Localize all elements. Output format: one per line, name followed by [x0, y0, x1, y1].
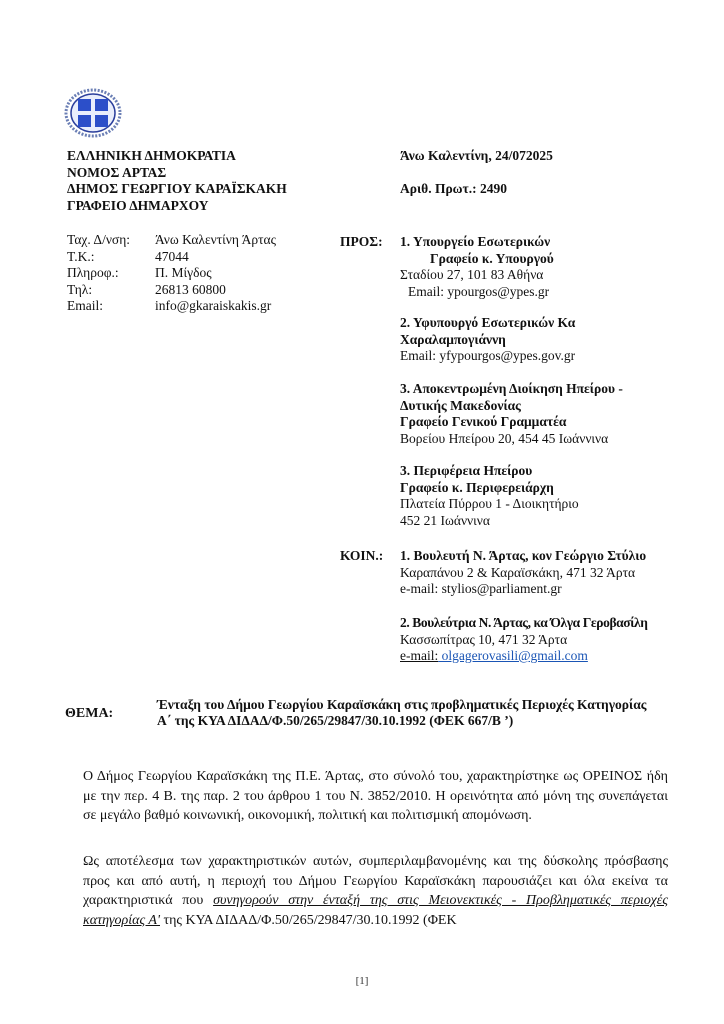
recipient-email: e-mail: olgagerovasili@gmail.com — [400, 648, 648, 665]
recipient-name: 3. Περιφέρεια Ηπείρου — [400, 463, 579, 480]
subject-label: ΘΕΜΑ: — [65, 706, 113, 722]
contact-label: Τηλ: — [67, 282, 155, 299]
to-label: ΠΡΟΣ: — [340, 234, 383, 250]
recipient-email: Email: ypourgos@ypes.gr — [400, 284, 554, 301]
recipient-1: 1. Υπουργείο Εσωτερικών Γραφείο κ. Υπουρ… — [400, 234, 554, 300]
recipient-address: Βορείου Ηπείρου 20, 454 45 Ιωάννινα — [400, 431, 623, 448]
subject-text: Ένταξη του Δήμου Γεωργίου Καραϊσκάκη στι… — [157, 697, 677, 729]
body-paragraph-2: Ως αποτέλεσμα των χαρακτηριστικών αυτών,… — [83, 852, 668, 930]
letterhead-line: ΔΗΜΟΣ ΓΕΩΡΓΙΟΥ ΚΑΡΑΪΣΚΑΚΗ — [67, 181, 287, 198]
recipient-name: 1. Υπουργείο Εσωτερικών — [400, 234, 554, 251]
greek-coat-of-arms-icon — [64, 88, 122, 138]
recipient-name: Δυτικής Μακεδονίας — [400, 398, 623, 415]
contact-info: Ταχ. Δ/νση:Άνω Καλεντίνη Άρτας Τ.Κ.:4704… — [67, 232, 276, 315]
recipient-address: Καραπάνου 2 & Καραϊσκάκη, 471 32 Άρτα — [400, 565, 646, 582]
recipient-address: Κασσωπίτρας 10, 471 32 Άρτα — [400, 632, 648, 649]
cc-label: ΚΟΙΝ.: — [340, 548, 383, 564]
protocol-number: Αριθ. Πρωτ.: 2490 — [400, 181, 553, 197]
recipient-name: 2. Υφυπουργό Εσωτερικών Κα — [400, 315, 575, 332]
email-link[interactable]: olgagerovasili@gmail.com — [438, 648, 588, 663]
recipient-address: 452 21 Ιωάννινα — [400, 513, 579, 530]
recipient-name: 3. Αποκεντρωμένη Διοίκηση Ηπείρου - — [400, 381, 623, 398]
contact-value: Π. Μίγδος — [155, 265, 212, 282]
letterhead-line: ΕΛΛΗΝΙΚΗ ΔΗΜΟΚΡΑΤΙΑ — [67, 148, 287, 165]
document-meta: Άνω Καλεντίνη, 24/072025 Αριθ. Πρωτ.: 24… — [400, 148, 553, 197]
subject-line: Α΄ της ΚΥΑ ΔΙΔΑΔ/Φ.50/265/29847/30.10.19… — [157, 713, 677, 729]
contact-label: Email: — [67, 298, 155, 315]
page-number: [1] — [0, 975, 724, 987]
letterhead-line: ΝΟΜΟΣ ΑΡΤΑΣ — [67, 165, 287, 182]
recipient-2: 2. Υφυπουργό Εσωτερικών Κα Χαραλαμπογιάν… — [400, 315, 575, 365]
contact-label: Τ.Κ.: — [67, 249, 155, 266]
subject-line: Ένταξη του Δήμου Γεωργίου Καραϊσκάκη στι… — [157, 697, 677, 713]
recipient-office: Γραφείο Γενικού Γραμματέα — [400, 414, 623, 431]
contact-row: Τ.Κ.:47044 — [67, 249, 276, 266]
contact-value: info@gkaraiskakis.gr — [155, 298, 271, 315]
contact-row: Πληροφ.:Π. Μίγδος — [67, 265, 276, 282]
recipient-address: Σταδίου 27, 101 83 Αθήνα — [400, 267, 554, 284]
recipient-email: e-mail: stylios@parliament.gr — [400, 581, 646, 598]
recipient-name: 1. Βουλευτή Ν. Άρτας, κον Γεώργιο Στύλιο — [400, 548, 646, 565]
recipient-office: Γραφείο κ. Υπουργού — [400, 251, 554, 268]
letterhead: ΕΛΛΗΝΙΚΗ ΔΗΜΟΚΡΑΤΙΑ ΝΟΜΟΣ ΑΡΤΑΣ ΔΗΜΟΣ ΓΕ… — [67, 148, 287, 214]
contact-label: Πληροφ.: — [67, 265, 155, 282]
recipient-email: Email: yfypourgos@ypes.gov.gr — [400, 348, 575, 365]
letterhead-line: ΓΡΑΦΕΙΟ ΔΗΜΑΡΧΟΥ — [67, 198, 287, 215]
email-prefix: e-mail: — [400, 648, 438, 663]
place-date: Άνω Καλεντίνη, 24/072025 — [400, 148, 553, 164]
recipient-office: Γραφείο κ. Περιφερειάρχη — [400, 480, 579, 497]
body-paragraph-1: Ο Δήμος Γεωργίου Καραϊσκάκη της Π.Ε. Άρτ… — [83, 767, 668, 826]
contact-value: 47044 — [155, 249, 189, 266]
contact-value: Άνω Καλεντίνη Άρτας — [155, 232, 276, 249]
recipient-name: Χαραλαμπογιάννη — [400, 332, 575, 349]
recipient-address: Πλατεία Πύρρου 1 - Διοικητήριο — [400, 496, 579, 513]
contact-row: Email:info@gkaraiskakis.gr — [67, 298, 276, 315]
cc-recipient-1: 1. Βουλευτή Ν. Άρτας, κον Γεώργιο Στύλιο… — [400, 548, 646, 598]
contact-value: 26813 60800 — [155, 282, 226, 299]
contact-label: Ταχ. Δ/νση: — [67, 232, 155, 249]
recipient-3: 3. Αποκεντρωμένη Διοίκηση Ηπείρου - Δυτι… — [400, 381, 623, 447]
contact-row: Τηλ:26813 60800 — [67, 282, 276, 299]
paragraph-text: της ΚΥΑ ΔΙΔΑΔ/Φ.50/265/29847/30.10.1992 … — [160, 913, 457, 928]
recipient-4: 3. Περιφέρεια Ηπείρου Γραφείο κ. Περιφερ… — [400, 463, 579, 529]
recipient-name: 2. Βουλεύτρια Ν. Άρτας, κα Όλγα Γεροβασί… — [400, 615, 648, 632]
cc-recipient-2: 2. Βουλεύτρια Ν. Άρτας, κα Όλγα Γεροβασί… — [400, 615, 648, 665]
contact-row: Ταχ. Δ/νση:Άνω Καλεντίνη Άρτας — [67, 232, 276, 249]
